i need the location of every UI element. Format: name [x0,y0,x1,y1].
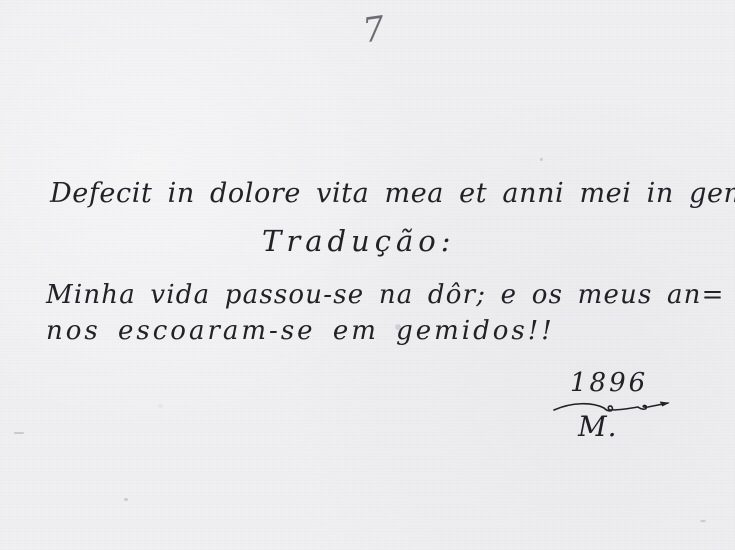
translation-line-1: Minha vida passou-se na dôr; e os meus a… [46,280,725,310]
paper-speck [540,158,543,161]
translation-heading: Tradução: [262,224,456,258]
paper-speck [124,498,128,501]
paper-speck [14,432,24,434]
translation-line-2: nos escoaram-se em gemidos!! [46,316,555,346]
paper-speck [700,520,706,522]
paper-speck [395,324,401,330]
page-number: 7 [360,9,388,52]
handwritten-document-page: 7 Defecit in dolore vita mea et anni mei… [0,0,735,550]
paper-speck [158,404,163,408]
latin-verse: Defecit in dolore vita mea et anni mei i… [50,178,735,209]
date: 1896 [570,368,648,398]
signature: M. [578,410,618,443]
